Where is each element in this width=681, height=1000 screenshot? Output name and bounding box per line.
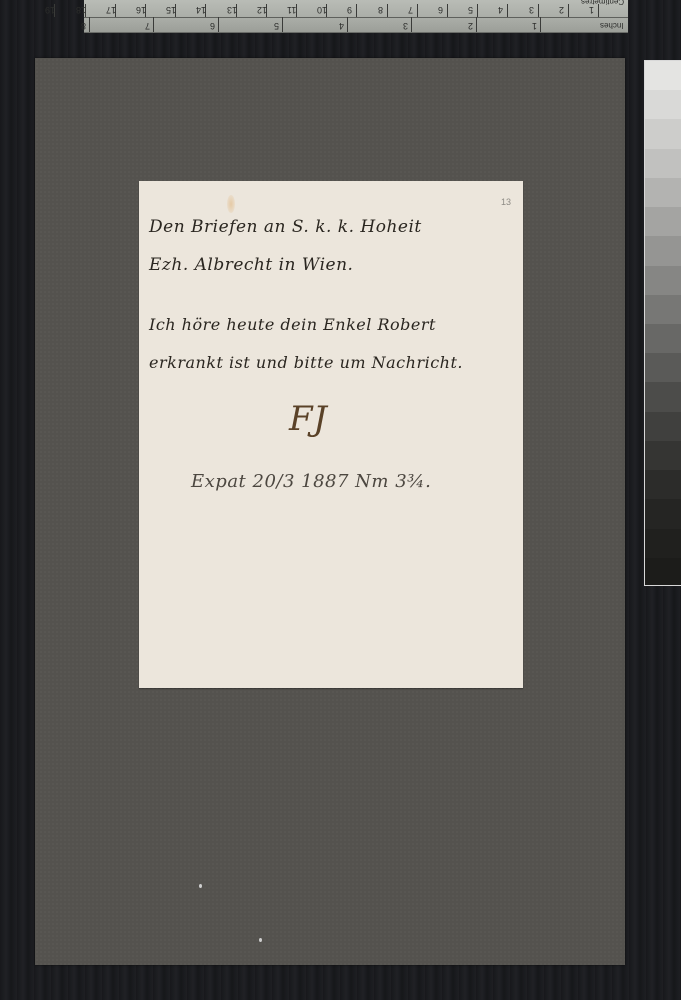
gray-step: [645, 353, 681, 382]
gray-step: [645, 90, 681, 119]
dispatch-annotation: Expat 20/3 1887 Nm 3¾.: [191, 471, 431, 492]
gray-scale-card: [644, 60, 681, 586]
letter-sheet: 13 Den Briefen an S. k. k. Hoheit Ezh. A…: [139, 181, 523, 688]
inch-tick-label: 4: [339, 21, 344, 30]
letter-line-2: Ezh. Albrecht in Wien.: [149, 255, 353, 275]
cm-tick-label: 12: [257, 5, 267, 14]
inch-tick: [153, 17, 154, 32]
inch-tick: [347, 17, 348, 32]
cm-tick: [568, 4, 569, 17]
gray-step: [645, 266, 681, 295]
measurement-ruler: Centimetres 1234567891011121314151617181…: [84, 0, 628, 33]
cm-tick-label: 18: [76, 5, 86, 14]
inch-tick: [540, 17, 541, 32]
inch-tick: [282, 17, 283, 32]
gray-step: [645, 324, 681, 353]
cm-tick-label: 13: [227, 5, 237, 14]
cm-tick-label: 9: [347, 5, 352, 14]
cm-tick-label: 16: [136, 5, 146, 14]
inch-tick-label: 7: [145, 21, 150, 30]
gray-step: [645, 529, 681, 558]
signature-monogram: FJ: [289, 399, 327, 439]
inch-tick-label: 3: [403, 21, 408, 30]
dust-speck: [199, 884, 202, 888]
gray-step: [645, 499, 681, 528]
cm-tick-label: 10: [317, 5, 327, 14]
cm-tick-label: 6: [438, 5, 443, 14]
cm-tick-label: 2: [559, 5, 564, 14]
centimeters-label: Centimetres: [581, 0, 624, 6]
cm-tick-label: 4: [498, 5, 503, 14]
cm-tick-label: 7: [408, 5, 413, 14]
cm-tick: [477, 4, 478, 17]
inch-scale: Inches 12345678: [84, 17, 628, 32]
gray-step: [645, 558, 681, 586]
letter-line-3: Ich höre heute dein Enkel Robert: [149, 315, 436, 334]
cm-tick-label: 1: [589, 5, 594, 14]
cm-tick: [507, 4, 508, 17]
gray-step: [645, 382, 681, 411]
letter-line-1: Den Briefen an S. k. k. Hoheit: [149, 217, 422, 237]
centimeter-scale: Centimetres 1234567891011121314151617181…: [84, 0, 628, 18]
cm-tick: [356, 4, 357, 17]
cm-tick-label: 19: [45, 5, 55, 14]
cm-tick: [417, 4, 418, 17]
inch-tick: [89, 17, 90, 32]
cm-tick-label: 14: [196, 5, 206, 14]
cm-tick-label: 5: [468, 5, 473, 14]
cm-tick-label: 3: [529, 5, 534, 14]
gray-step: [645, 236, 681, 265]
paper-stain: [227, 195, 235, 213]
inch-tick: [218, 17, 219, 32]
inch-tick: [476, 17, 477, 32]
cm-tick-label: 17: [106, 5, 116, 14]
gray-step: [645, 149, 681, 178]
inch-tick-label: 5: [274, 21, 279, 30]
cm-tick: [538, 4, 539, 17]
cm-tick: [598, 4, 599, 17]
cm-tick-label: 8: [378, 5, 383, 14]
gray-step: [645, 295, 681, 324]
gray-step: [645, 61, 681, 90]
gray-step: [645, 178, 681, 207]
folio-number: 13: [501, 197, 511, 207]
inch-tick-label: 2: [468, 21, 473, 30]
cm-tick: [447, 4, 448, 17]
gray-step: [645, 441, 681, 470]
inch-tick: [411, 17, 412, 32]
inch-tick-label: 1: [532, 21, 537, 30]
cm-tick-label: 11: [287, 5, 296, 14]
gray-step: [645, 207, 681, 236]
inches-label: Inches: [600, 21, 624, 30]
letter-line-4: erkrankt ist und bitte um Nachricht.: [149, 353, 463, 372]
gray-step: [645, 119, 681, 148]
inch-tick-label: 8: [81, 21, 86, 30]
gray-step: [645, 412, 681, 441]
dust-speck: [259, 938, 262, 942]
cm-tick-label: 15: [166, 5, 176, 14]
inch-tick-label: 6: [210, 21, 215, 30]
cm-tick: [387, 4, 388, 17]
gray-step: [645, 470, 681, 499]
